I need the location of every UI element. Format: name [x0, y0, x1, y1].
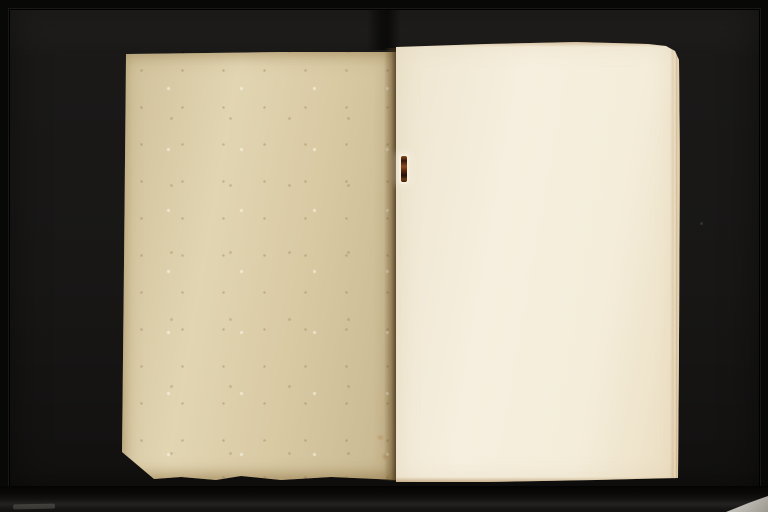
- left-page: [121, 52, 398, 480]
- rusted-staple: [401, 156, 407, 182]
- dust-speck: [700, 222, 703, 225]
- right-page: [396, 42, 680, 482]
- framed-document-photo: [0, 0, 768, 512]
- page-seam-shadow: [384, 48, 397, 481]
- mat-seam-shadow: [367, 10, 401, 50]
- frame-bottom-rail: [0, 486, 768, 512]
- glare-streak: [13, 504, 55, 510]
